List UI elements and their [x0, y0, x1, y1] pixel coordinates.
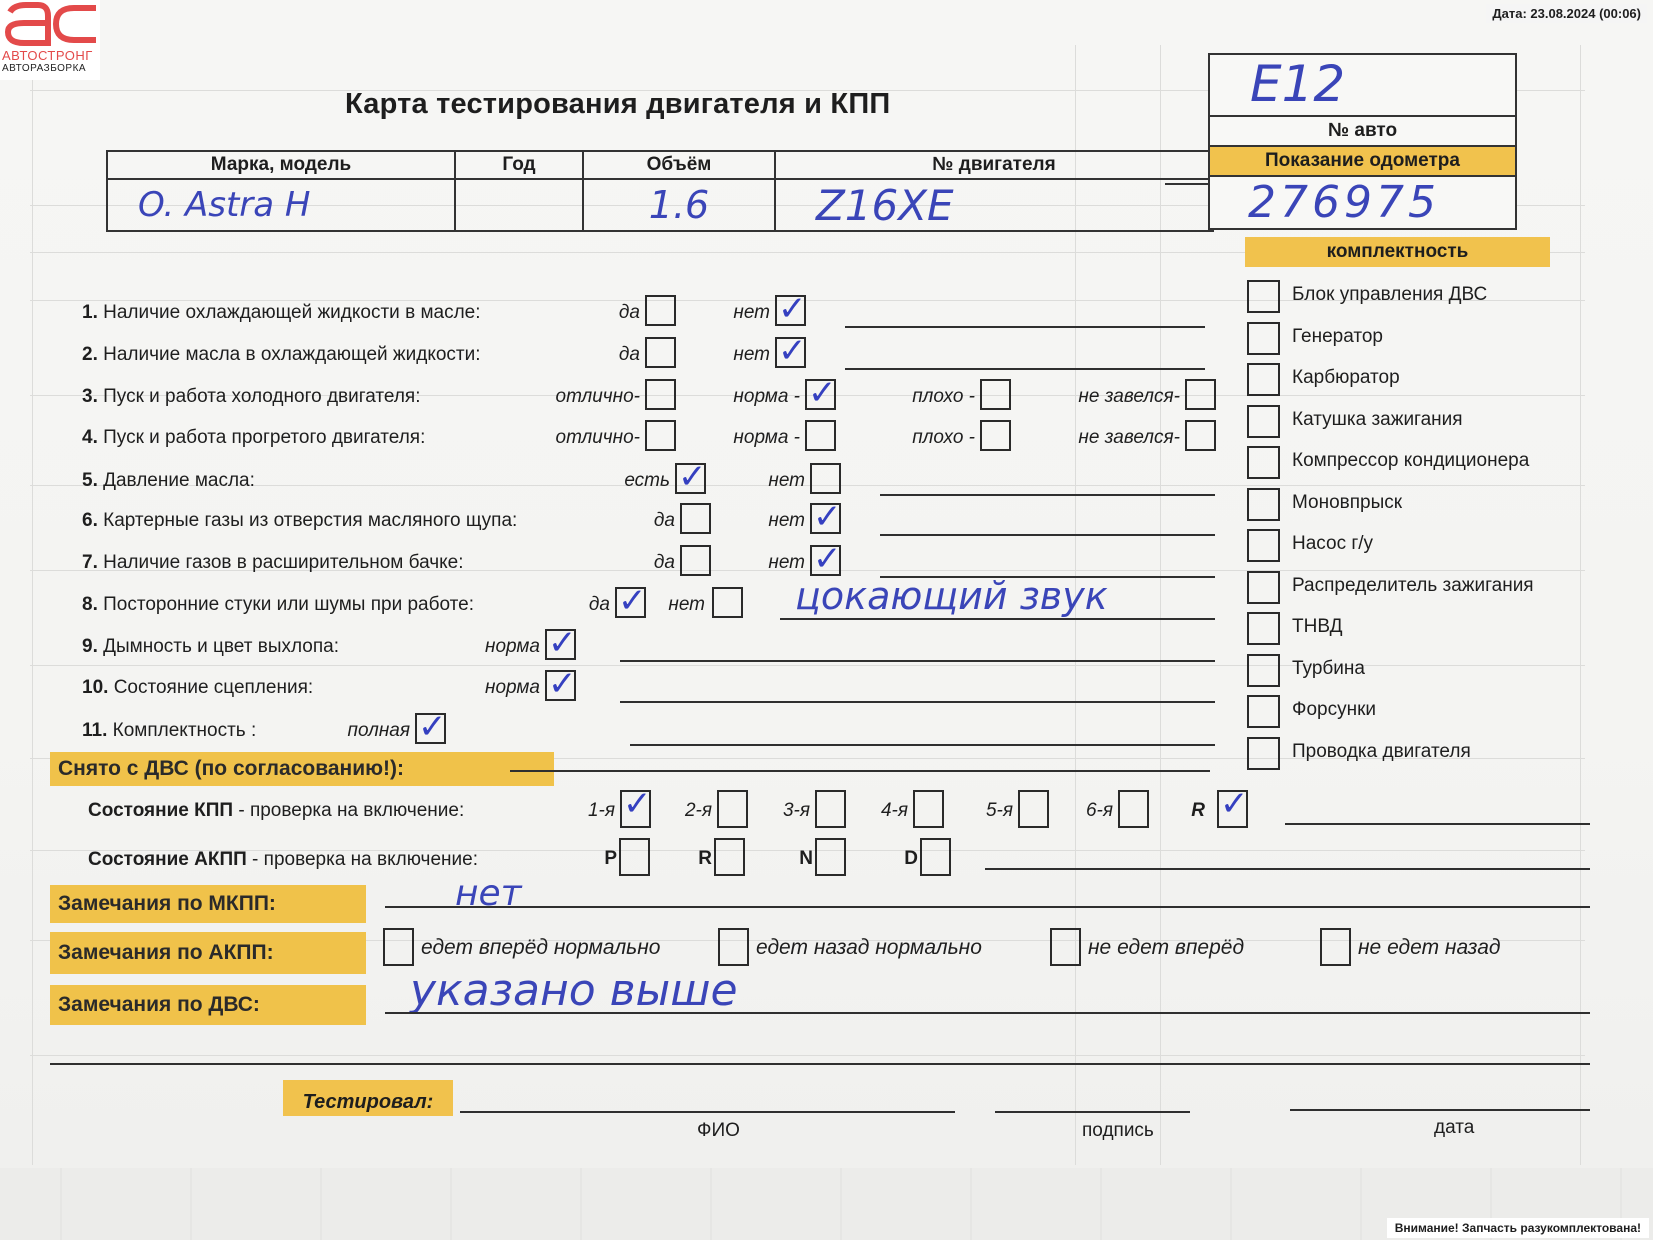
- ghost-line: [30, 485, 1585, 486]
- odometer-value[interactable]: 276975: [1248, 177, 1440, 228]
- option-label: нет: [668, 594, 705, 616]
- question-text: 6. Картерные газы из отверстия масляного…: [82, 510, 517, 532]
- col-header-volume: Объём: [583, 151, 775, 179]
- option-label: да: [654, 552, 675, 574]
- auto-remark-checkbox[interactable]: [1320, 928, 1351, 966]
- manual-gearbox-label: Состояние КПП - проверка на включение:: [88, 800, 464, 822]
- option-label: нет: [768, 470, 805, 492]
- car-number-value[interactable]: E12: [1250, 55, 1345, 113]
- tester-name-line[interactable]: [460, 1111, 955, 1113]
- removed-from-engine-label: Снято с ДВС (по согласованию!):: [50, 752, 554, 786]
- question-text: 4. Пуск и работа прогретого двигателя:: [82, 427, 425, 449]
- gear-label: 5-я: [986, 800, 1013, 822]
- option-checkbox[interactable]: [675, 463, 706, 494]
- option-checkbox[interactable]: [1185, 420, 1216, 451]
- gear-checkbox[interactable]: [1217, 790, 1248, 828]
- position-label: N: [799, 848, 813, 870]
- car-number-label: № авто: [1210, 117, 1515, 147]
- option-checkbox[interactable]: [645, 295, 676, 326]
- question-text: 1. Наличие охлаждающей жидкости в масле:: [82, 302, 481, 324]
- note-line[interactable]: [620, 701, 1215, 703]
- completeness-item-label: Распределитель зажигания: [1292, 575, 1534, 597]
- gear-checkbox[interactable]: [815, 790, 846, 828]
- note-line[interactable]: [845, 326, 1205, 328]
- completeness-checkbox[interactable]: [1247, 654, 1280, 687]
- option-checkbox[interactable]: [680, 503, 711, 534]
- option-label: не завелся-: [1078, 386, 1180, 408]
- completeness-item-label: Катушка зажигания: [1292, 409, 1463, 431]
- auto-remark-checkbox[interactable]: [1050, 928, 1081, 966]
- option-checkbox[interactable]: [1185, 379, 1216, 410]
- completeness-checkbox[interactable]: [1247, 488, 1280, 521]
- gear-checkbox[interactable]: [913, 790, 944, 828]
- signature-caption: подпись: [1082, 1120, 1154, 1142]
- option-checkbox[interactable]: [615, 587, 646, 618]
- completeness-item-label: Компрессор кондиционера: [1292, 450, 1529, 472]
- brand-name: АВТОСТРОНГ: [2, 48, 93, 63]
- completeness-item-label: Генератор: [1292, 326, 1383, 348]
- table-connector-line: [1165, 183, 1210, 185]
- odometer-label: Показание одометра: [1210, 147, 1515, 177]
- option-checkbox[interactable]: [645, 337, 676, 368]
- option-checkbox[interactable]: [775, 295, 806, 326]
- auto-remark-checkbox[interactable]: [383, 928, 414, 966]
- brand-subtitle: АВТОРАЗБОРКА: [2, 63, 86, 74]
- ghost-line: [30, 1055, 1585, 1056]
- gear-label: 6-я: [1086, 800, 1113, 822]
- position-label: D: [904, 848, 918, 870]
- gear-label: 2-я: [685, 800, 712, 822]
- completeness-checkbox[interactable]: [1247, 280, 1280, 313]
- removed-from-engine-line: [510, 770, 1210, 772]
- car-info-box: E12 № авто Показание одометра 276975: [1208, 53, 1517, 230]
- option-checkbox[interactable]: [810, 503, 841, 534]
- completeness-checkbox[interactable]: [1247, 612, 1280, 645]
- option-checkbox[interactable]: [712, 587, 743, 618]
- question-text: 2. Наличие масла в охлаждающей жидкости:: [82, 344, 481, 366]
- completeness-checkbox[interactable]: [1247, 363, 1280, 396]
- note-line[interactable]: [630, 744, 1215, 746]
- tester-signature-line[interactable]: [995, 1111, 1190, 1113]
- option-label: норма: [485, 677, 540, 699]
- date-caption: дата: [1434, 1117, 1474, 1139]
- gear-checkbox[interactable]: [1118, 790, 1149, 828]
- ghost-line: [1580, 45, 1581, 1165]
- option-label: не завелся-: [1078, 427, 1180, 449]
- test-date-line[interactable]: [1290, 1109, 1590, 1111]
- note-line[interactable]: [845, 368, 1205, 370]
- option-checkbox[interactable]: [810, 463, 841, 494]
- note-line[interactable]: [780, 618, 1215, 620]
- option-label: плохо -: [912, 427, 975, 449]
- question-note[interactable]: цокающий звук: [795, 574, 1108, 618]
- option-label: да: [654, 510, 675, 532]
- option-checkbox[interactable]: [645, 420, 676, 451]
- position-checkbox[interactable]: [815, 838, 846, 876]
- question-text: 8. Посторонние стуки или шумы при работе…: [82, 594, 474, 616]
- manual-remarks-label: Замечания по МКПП:: [50, 885, 366, 923]
- engine-remarks-value[interactable]: указано выше: [410, 965, 738, 1016]
- note-line[interactable]: [880, 534, 1215, 536]
- position-label: P: [604, 848, 617, 870]
- col-header-make-model: Марка, модель: [107, 151, 455, 179]
- completeness-checkbox[interactable]: [1247, 446, 1280, 479]
- col-header-engine-number: № двигателя: [775, 151, 1213, 179]
- completeness-checkbox[interactable]: [1247, 571, 1280, 604]
- completeness-checkbox[interactable]: [1247, 695, 1280, 728]
- question-text: 10. Состояние сцепления:: [82, 677, 313, 699]
- option-label: нет: [733, 302, 770, 324]
- option-label: норма: [485, 636, 540, 658]
- gear-label: R: [1191, 800, 1205, 822]
- gear-label: 3-я: [783, 800, 810, 822]
- option-checkbox[interactable]: [805, 379, 836, 410]
- engine-remarks-line: [385, 1012, 1590, 1014]
- auto-gearbox-label: Состояние АКПП - проверка на включение:: [88, 849, 478, 871]
- auto-remark-label: едет вперёд нормально: [421, 936, 660, 960]
- position-label: R: [698, 848, 712, 870]
- option-label: да: [619, 344, 640, 366]
- gear-checkbox[interactable]: [1018, 790, 1049, 828]
- engine-remarks-line-2: [50, 1063, 1590, 1065]
- completeness-item-label: Насос г/у: [1292, 533, 1373, 555]
- option-label: да: [619, 302, 640, 324]
- completeness-checkbox[interactable]: [1247, 529, 1280, 562]
- note-line[interactable]: [620, 660, 1215, 662]
- brand-logo-mark-icon: [4, 2, 98, 46]
- option-label: полная: [348, 720, 411, 742]
- completeness-item-label: Турбина: [1292, 658, 1365, 680]
- option-checkbox[interactable]: [980, 379, 1011, 410]
- completeness-checkbox[interactable]: [1247, 322, 1280, 355]
- year-value[interactable]: [455, 179, 583, 231]
- completeness-title: комплектность: [1245, 237, 1550, 267]
- gear-label: 4-я: [881, 800, 908, 822]
- completeness-checkbox[interactable]: [1247, 405, 1280, 438]
- col-header-year: Год: [455, 151, 583, 179]
- option-checkbox[interactable]: [980, 420, 1011, 451]
- option-label: нет: [733, 344, 770, 366]
- question-text: 5. Давление масла:: [82, 470, 255, 492]
- note-line[interactable]: [880, 494, 1215, 496]
- completeness-item-label: Моновпрыск: [1292, 492, 1402, 514]
- option-checkbox[interactable]: [805, 420, 836, 451]
- question-text: 3. Пуск и работа холодного двигателя:: [82, 386, 420, 408]
- completeness-item-label: Карбюратор: [1292, 367, 1400, 389]
- form-title: Карта тестирования двигателя и КПП: [345, 88, 890, 121]
- completeness-checkbox[interactable]: [1247, 737, 1280, 770]
- manual-gearbox-note-line: [1285, 823, 1590, 825]
- option-label: да: [589, 594, 610, 616]
- option-checkbox[interactable]: [545, 629, 576, 660]
- option-checkbox[interactable]: [810, 545, 841, 576]
- make-model-value[interactable]: O. Astra H: [107, 179, 455, 231]
- completeness-item-label: Форсунки: [1292, 699, 1376, 721]
- auto-remark-label: не едет вперёд: [1088, 936, 1244, 960]
- ghost-line: [32, 45, 33, 1165]
- vehicle-info-table: Марка, модель Год Объём № двигателя O. A…: [106, 150, 1214, 232]
- warning-stamp: Внимание! Запчасть разукомплектована!: [1387, 1218, 1649, 1238]
- question-text: 7. Наличие газов в расширительном бачке:: [82, 552, 464, 574]
- option-label: норма -: [733, 427, 800, 449]
- completeness-item-label: Блок управления ДВС: [1292, 284, 1487, 306]
- option-checkbox[interactable]: [775, 337, 806, 368]
- gear-label: 1-я: [588, 800, 615, 822]
- auto-remark-label: не едет назад: [1358, 936, 1500, 960]
- option-checkbox[interactable]: [415, 713, 446, 744]
- option-checkbox[interactable]: [680, 545, 711, 576]
- date-stamp: Дата: 23.08.2024 (00:06): [1486, 4, 1647, 23]
- question-text: 11. Комплектность :: [82, 720, 256, 742]
- auto-gearbox-note-line: [985, 868, 1590, 870]
- volume-value[interactable]: 1.6: [583, 179, 775, 231]
- gear-checkbox[interactable]: [717, 790, 748, 828]
- option-label: плохо -: [912, 386, 975, 408]
- gear-checkbox[interactable]: [620, 790, 651, 828]
- option-label: нет: [768, 552, 805, 574]
- option-label: отлично-: [556, 386, 640, 408]
- position-checkbox[interactable]: [920, 838, 951, 876]
- manual-remarks-line: [385, 906, 1590, 908]
- engine-remarks-label: Замечания по ДВС:: [50, 985, 366, 1025]
- auto-remark-checkbox[interactable]: [718, 928, 749, 966]
- option-checkbox[interactable]: [645, 379, 676, 410]
- position-checkbox[interactable]: [714, 838, 745, 876]
- brand-logo: АВТОСТРОНГ АВТОРАЗБОРКА: [0, 0, 100, 80]
- completeness-item-label: Проводка двигателя: [1292, 741, 1471, 763]
- option-label: отлично-: [556, 427, 640, 449]
- auto-remark-label: едет назад нормально: [756, 936, 982, 960]
- auto-remarks-label: Замечания по АКПП:: [50, 932, 366, 974]
- option-label: нет: [768, 510, 805, 532]
- position-checkbox[interactable]: [619, 838, 650, 876]
- option-label: есть: [624, 470, 670, 492]
- option-label: норма -: [733, 386, 800, 408]
- tested-by-label: Тестировал:: [283, 1080, 453, 1116]
- question-text: 9. Дымность и цвет выхлопа:: [82, 636, 339, 658]
- engine-number-value[interactable]: Z16XE: [775, 179, 1213, 231]
- name-caption: ФИО: [697, 1120, 740, 1142]
- option-checkbox[interactable]: [545, 670, 576, 701]
- completeness-item-label: ТНВД: [1292, 616, 1342, 638]
